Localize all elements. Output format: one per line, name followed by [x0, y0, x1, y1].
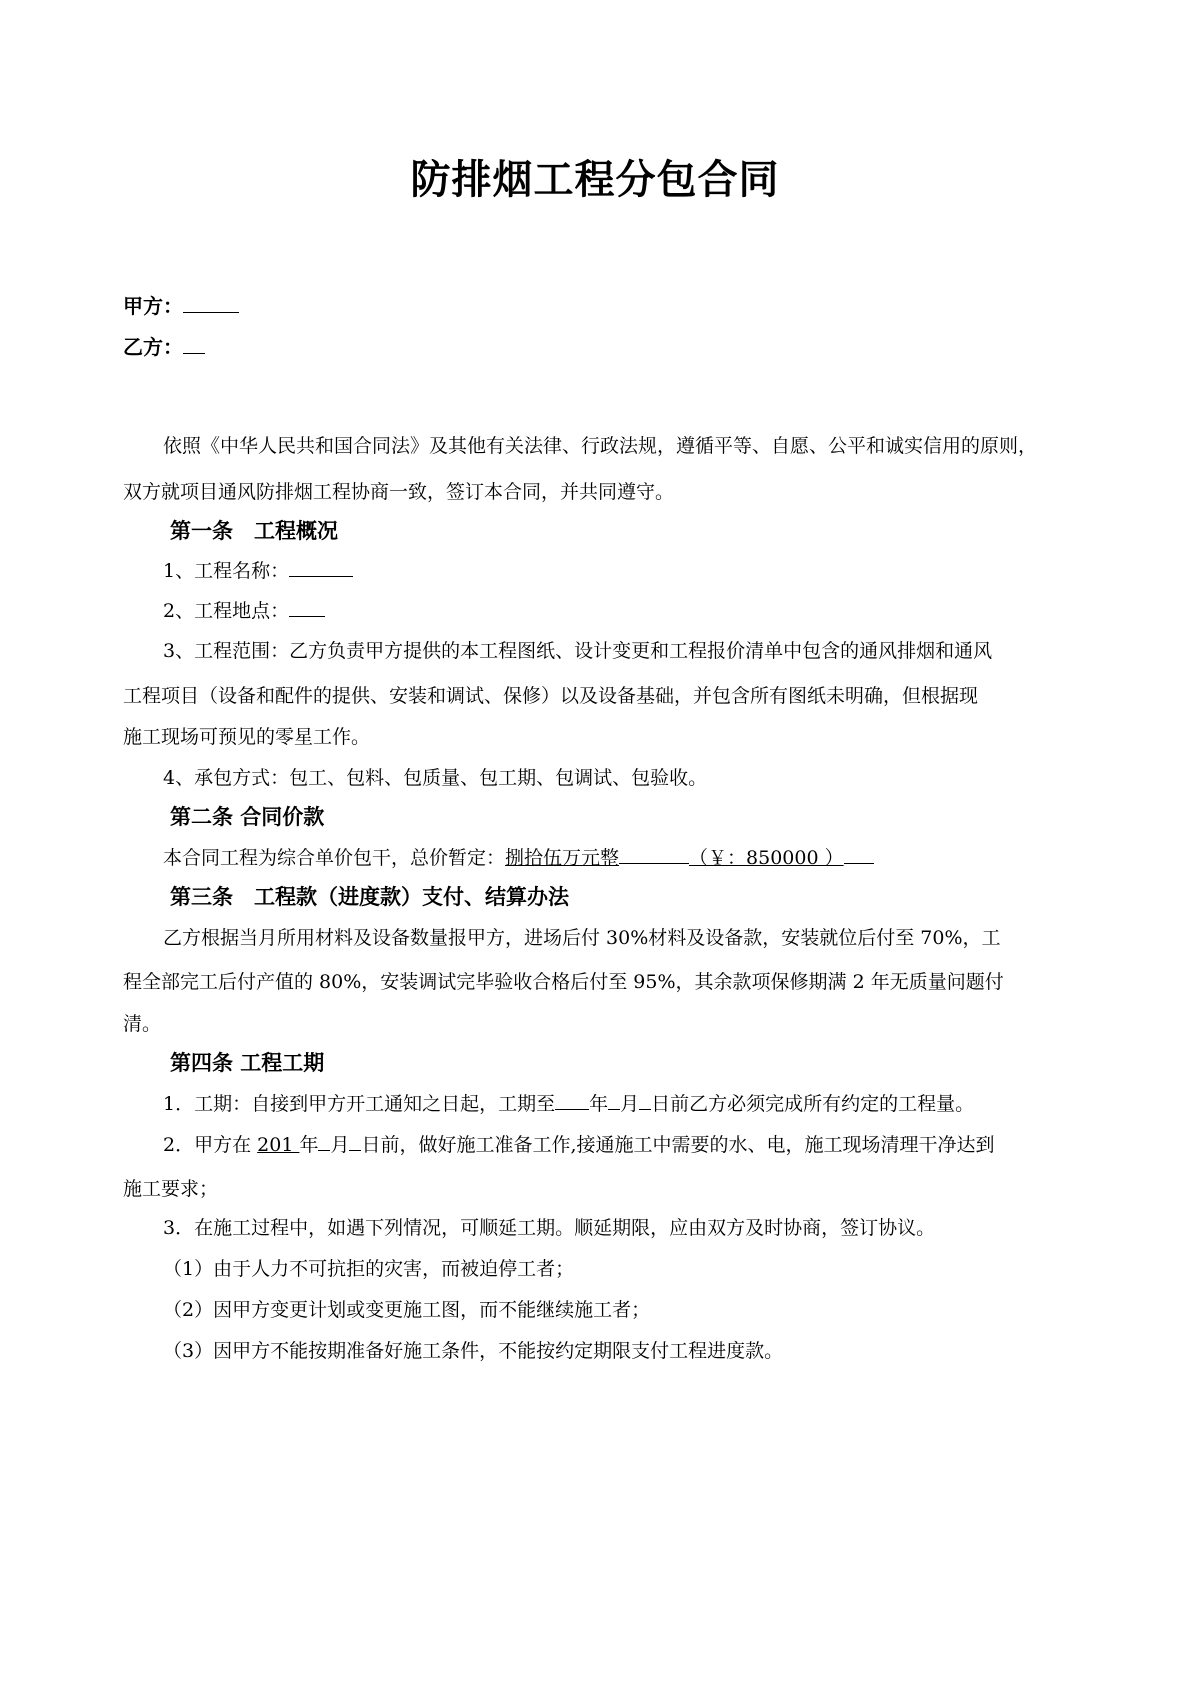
- party-a-line: 甲方：: [123, 292, 239, 320]
- document-title: 防排烟工程分包合同: [0, 150, 1190, 210]
- party-b-line: 乙方：: [123, 333, 205, 361]
- duration-year-label: 年: [589, 1093, 608, 1115]
- party-b-label: 乙方：: [123, 335, 183, 359]
- scope-line-2: 工程项目（设备和配件的提供、安装和调试、保修）以及设备基础，并包含所有图纸未明确…: [123, 682, 978, 710]
- party-b-blank[interactable]: [183, 335, 205, 354]
- scope-line-3: 施工现场可预见的零星工作。: [123, 723, 370, 751]
- price-tail: [844, 845, 874, 864]
- extension-case-1: （1）由于人力不可抗拒的灾害，而被迫停工者；: [163, 1255, 574, 1283]
- preparation-month-label: 月: [330, 1134, 349, 1156]
- article-1-heading: 第一条 工程概况: [170, 517, 338, 545]
- preparation-day-blank[interactable]: [349, 1132, 361, 1151]
- preparation-text-d: 日前，做好施工准备工作,接通施工中需要的水、电，施工现场清理干净达到: [361, 1134, 994, 1156]
- preparation-year-label: 年: [299, 1134, 318, 1156]
- payment-line-2: 程全部完工后付产值的 80%，安装调试完毕验收合格后付至 95%，其余款项保修期…: [123, 968, 1004, 996]
- duration-day-blank[interactable]: [639, 1091, 651, 1110]
- project-location-line: 2、工程地点：: [163, 597, 325, 625]
- article-3-heading: 第三条 工程款（进度款）支付、结算办法: [170, 883, 569, 911]
- preparation-year[interactable]: 201: [257, 1134, 299, 1156]
- price-amount-words: 捌拾伍万元整: [505, 847, 619, 869]
- document-page: 防排烟工程分包合同 甲方： 乙方： 依照《中华人民共和国合同法》及其他有关法律、…: [0, 0, 1190, 1683]
- contract-mode-line: 4、承包方式：包工、包料、包质量、包工期、包调试、包验收。: [163, 764, 707, 792]
- extension-line: 3．在施工过程中，如遇下列情况，可顺延工期。顺延期限，应由双方及时协商，签订协议…: [163, 1214, 935, 1242]
- price-amount-number: （￥：850000 ）: [689, 847, 844, 869]
- extension-case-2: （2）因甲方变更计划或变更施工图，而不能继续施工者；: [163, 1296, 650, 1324]
- intro-line-1: 依照《中华人民共和国合同法》及其他有关法律、行政法规，遵循平等、自愿、公平和诚实…: [163, 432, 1037, 460]
- intro-line-2: 双方就项目通风防排烟工程协商一致，签订本合同，并共同遵守。: [123, 478, 674, 506]
- party-a-blank[interactable]: [183, 294, 239, 313]
- duration-year-blank[interactable]: [555, 1091, 589, 1110]
- project-name-line: 1、工程名称：: [163, 557, 353, 585]
- scope-line-1: 3、工程范围：乙方负责甲方提供的本工程图纸、设计变更和工程报价清单中包含的通风排…: [163, 637, 992, 665]
- preparation-text-a: 2．甲方在: [163, 1134, 257, 1156]
- price-prefix: 本合同工程为综合单价包干，总价暂定：: [163, 847, 505, 869]
- project-location-blank[interactable]: [289, 598, 325, 617]
- price-line: 本合同工程为综合单价包干，总价暂定：捌拾伍万元整（￥：850000 ）: [163, 844, 874, 872]
- preparation-line-2: 施工要求；: [123, 1175, 218, 1203]
- extension-case-3: （3）因甲方不能按期准备好施工条件，不能按约定期限支付工程进度款。: [163, 1337, 783, 1365]
- duration-month-blank[interactable]: [608, 1091, 620, 1110]
- preparation-month-blank[interactable]: [318, 1132, 330, 1151]
- article-2-heading: 第二条 合同价款: [170, 803, 324, 831]
- price-gap: [619, 845, 689, 864]
- payment-line-3: 清。: [123, 1010, 161, 1038]
- payment-line-1: 乙方根据当月所用材料及设备数量报甲方，进场后付 30%材料及设备款，安装就位后付…: [163, 924, 1001, 952]
- duration-line-1: 1．工期：自接到甲方开工通知之日起，工期至年月日前乙方必须完成所有约定的工程量。: [163, 1090, 974, 1118]
- duration-text-a: 1．工期：自接到甲方开工通知之日起，工期至: [163, 1093, 555, 1115]
- project-name-label: 1、工程名称：: [163, 560, 289, 582]
- party-a-label: 甲方：: [123, 294, 183, 318]
- duration-month-label: 月: [620, 1093, 639, 1115]
- duration-text-d: 日前乙方必须完成所有约定的工程量。: [651, 1093, 974, 1115]
- project-name-blank[interactable]: [289, 558, 353, 577]
- project-location-label: 2、工程地点：: [163, 600, 289, 622]
- preparation-line-1: 2．甲方在 201 年月日前，做好施工准备工作,接通施工中需要的水、电，施工现场…: [163, 1131, 995, 1159]
- article-4-heading: 第四条 工程工期: [170, 1049, 324, 1077]
